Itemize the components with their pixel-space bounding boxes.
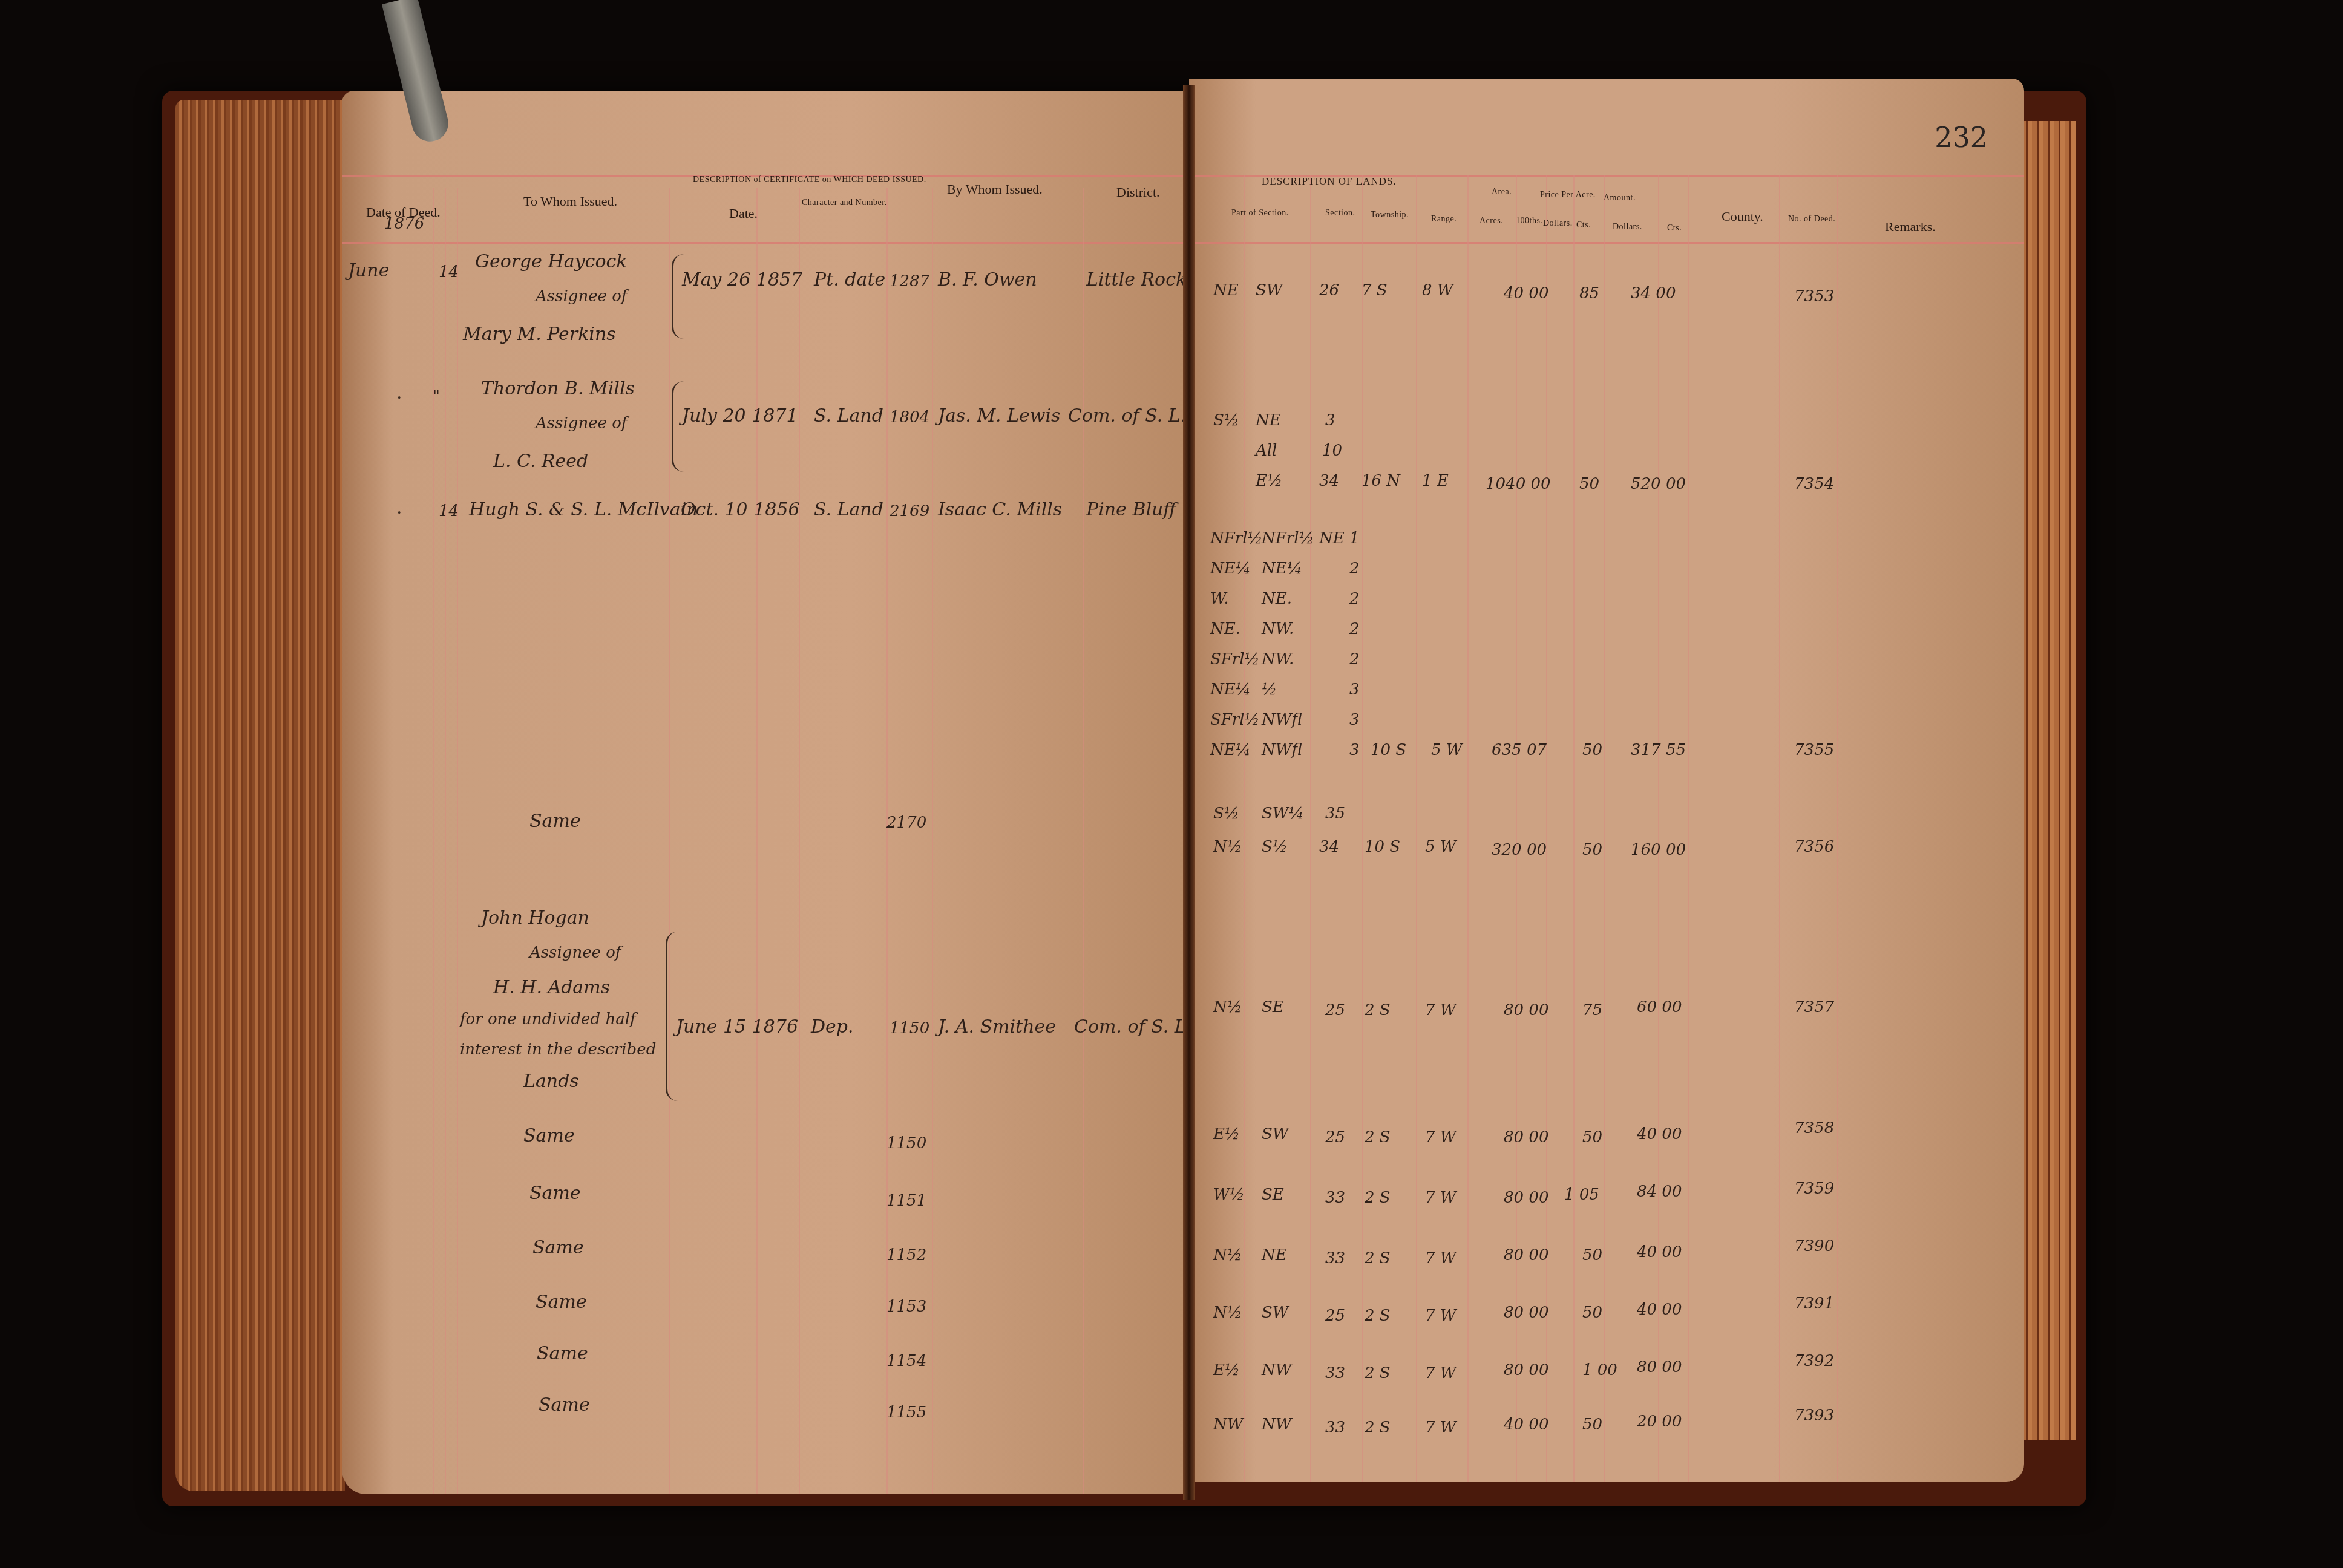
deed-number: 7355 [1794,741,1834,759]
township: 2 S [1365,1419,1391,1437]
range: 7 W [1425,1307,1457,1325]
amount: 160 00 [1631,841,1686,859]
header-township: Township. [1371,211,1409,220]
sub-part: SW [1256,281,1283,299]
entry-name: Same [536,1292,587,1313]
acres: 80 00 [1504,1128,1548,1146]
header-amount-cts: Cts. [1667,224,1682,234]
sub-part: NE¼ [1262,560,1302,578]
col-divider [1604,175,1605,1482]
amount: 40 00 [1637,1125,1682,1143]
amount: 520 00 [1631,475,1686,493]
book-gutter [1183,85,1195,1500]
amount: 34 00 [1631,284,1676,302]
amount: 84 00 [1637,1183,1682,1201]
ditto-mark: · [396,387,402,408]
deed-number: 7357 [1794,998,1834,1016]
col-divider [445,188,446,1494]
township: 10 S [1371,741,1406,759]
part-of-section: NE¼ [1210,560,1251,578]
acres: 40 00 [1504,284,1548,302]
sub-part: NFrl½ NE [1262,529,1345,547]
sub-part: NW. [1262,650,1294,668]
issued-by: J. A. Smithee [938,1016,1056,1037]
sub-part: ½ [1262,681,1277,699]
price: 50 [1579,475,1599,493]
header-hundredths: 100ths. [1516,217,1542,226]
sub-part: NWfl [1262,741,1302,759]
price: 50 [1582,741,1602,759]
sub-part: NE. [1262,590,1292,608]
header-cert-character: Character and Number. [802,198,887,208]
township: 7 S [1362,281,1388,299]
entry-name: John Hogan [481,907,589,929]
price: 50 [1582,1128,1602,1146]
section: 25 [1325,1001,1345,1019]
section: 25 [1325,1128,1345,1146]
acres: 80 00 [1504,1246,1548,1264]
range: 8 W [1422,281,1453,299]
col-divider [1244,175,1245,1482]
cert-number: 1153 [886,1298,926,1316]
entry-name: interest in the described [460,1040,656,1059]
price: 1 05 [1564,1186,1599,1204]
header-district: District. [1116,185,1160,200]
header-certificate-group: DESCRIPTION of CERTIFICATE on WHICH DEED… [693,175,926,185]
township: 2 S [1365,1307,1391,1325]
header-acres: Acres. [1480,217,1503,226]
cert-number: 1154 [886,1352,926,1370]
col-divider [1837,175,1838,1482]
part-of-section: SFrl½ [1210,650,1260,668]
header-by-whom-issued: By Whom Issued. [947,181,1043,197]
entry-name: Assignee of [529,944,621,962]
part-of-section: E½ [1213,1361,1240,1379]
price: 50 [1582,1246,1602,1264]
sub-part: All [1256,442,1277,460]
amount: 40 00 [1637,1243,1682,1261]
cert-number: 1150 [890,1019,929,1037]
acres: 40 00 [1504,1416,1548,1434]
header-amount-group: Amount. [1604,194,1636,203]
sub-part: NE [1256,411,1281,430]
entry-name: for one undivided half [460,1010,636,1028]
col-divider [1688,175,1689,1482]
price: 1 00 [1582,1361,1617,1379]
header-no-of-deed: No. of Deed. [1788,215,1835,224]
cert-number: 2169 [890,502,929,520]
sub-part: NW [1262,1361,1291,1379]
right-page: 232 DESCRIPTION OF LANDS. Part of Sectio… [1189,79,2024,1482]
col-divider [1546,175,1547,1482]
price: 50 [1582,1304,1602,1322]
entry-month: June [348,260,389,281]
entry-name: George Haycock [475,251,627,272]
township: 2 S [1365,1249,1391,1267]
cert-date: Oct. 10 1856 [681,499,800,520]
sub-part: NE [1262,1246,1287,1264]
section: 33 [1325,1364,1345,1382]
col-divider [799,188,800,1494]
cert-number: 1287 [890,272,929,290]
header-price-group: Price Per Acre. [1540,191,1596,200]
range: 5 W [1431,741,1463,759]
issued-by: B. F. Owen [938,269,1037,290]
col-divider [1310,175,1311,1482]
part-of-section: NFrl½ [1210,529,1263,547]
part-of-section: N½ [1213,1246,1242,1264]
range: 7 W [1425,1249,1457,1267]
amount: 80 00 [1637,1358,1682,1376]
cert-date: July 20 1871 [682,405,798,426]
part-of-section: S½ [1213,805,1239,823]
sub-part: E½ [1256,472,1282,490]
header-cert-date: Date. [729,206,758,221]
deed-number: 7391 [1794,1295,1834,1313]
section: 26 [1319,281,1339,299]
acres: 80 00 [1504,1001,1548,1019]
cert-number: 1155 [886,1403,926,1422]
amount: 317 55 [1631,741,1686,759]
range: 5 W [1425,838,1457,856]
entry-name: Assignee of [536,414,627,433]
cert-number: 1150 [886,1134,926,1152]
part-of-section: E½ [1213,1125,1240,1143]
acres: 80 00 [1504,1189,1548,1207]
entry-name: Same [523,1125,575,1146]
page-number: 232 [1935,121,1988,154]
entry-name: Same [532,1237,584,1258]
township: 16 N [1362,472,1400,490]
entry-day: 14 [439,263,459,281]
price: 50 [1582,1416,1602,1434]
col-divider [457,188,458,1494]
deed-number: 7356 [1794,838,1834,856]
issued-by: Isaac C. Mills [938,499,1062,520]
col-divider [1416,175,1417,1482]
header-price-dollars: Dollars. [1543,219,1573,229]
entry-name: Assignee of [536,287,627,305]
page-stack-right [2021,121,2076,1440]
part-of-section: NE¼ [1210,681,1251,699]
entry-name: Same [529,1183,581,1204]
part-of-section: N½ [1213,838,1242,856]
section: 33 [1325,1419,1345,1437]
col-divider [1573,175,1575,1482]
deed-number: 7390 [1794,1237,1834,1255]
entry-name: Same [529,811,581,832]
price: 85 [1579,284,1599,302]
col-divider [1083,188,1084,1494]
col-divider [1658,175,1659,1482]
entry-name: Same [537,1343,588,1364]
brace [672,254,684,339]
ditto-mark: · [396,502,402,523]
cert-character: Pt. date [814,269,885,290]
amount: 60 00 [1637,998,1682,1016]
entry-name: Hugh S. & S. L. McIlvain [469,499,698,520]
entry-name: Mary M. Perkins [463,324,616,345]
district: Little Rock [1086,269,1187,290]
header-part-of-section: Part of Section. [1231,209,1289,218]
col-divider [433,188,434,1494]
part-of-section: NE [1213,281,1239,299]
deed-number: 7393 [1794,1406,1834,1425]
deed-number: 7353 [1794,287,1834,305]
section: 2 [1349,560,1360,578]
sub-part: SE [1262,998,1284,1016]
district: Com. of S. L. [1074,1016,1189,1037]
sub-part: NW [1262,1416,1291,1434]
header-lands-group: DESCRIPTION OF LANDS. [1262,175,1397,188]
cert-number: 1152 [886,1246,926,1264]
entry-day: " [433,387,440,405]
section: 33 [1325,1189,1345,1207]
township: 2 S [1365,1001,1391,1019]
col-divider [756,188,758,1494]
cert-number: 1151 [886,1192,926,1210]
section: 34 [1319,472,1339,490]
col-divider [1516,175,1517,1482]
acres: 80 00 [1504,1304,1548,1322]
col-divider [1362,175,1363,1482]
header-area-group: Area. [1492,188,1512,197]
price: 50 [1582,841,1602,859]
entry-day: 14 [439,502,459,520]
amount: 20 00 [1637,1413,1682,1431]
acres: 320 00 [1492,841,1547,859]
cert-character: S. Land [814,499,883,520]
section: 25 [1325,1307,1345,1325]
range: 7 W [1425,1001,1457,1019]
part-of-section: N½ [1213,1304,1242,1322]
section: 10 [1322,442,1342,460]
part-of-section: NW [1213,1416,1243,1434]
deed-number: 7354 [1794,475,1834,493]
header-remarks: Remarks. [1885,219,1936,235]
sub-part: S½ [1262,838,1288,856]
section: 3 [1349,711,1360,729]
part-of-section: S½ [1213,411,1239,430]
cert-number: 1804 [890,408,929,426]
part-of-section: NE. [1210,620,1240,638]
page-stack-left [175,100,345,1491]
part-of-section: W. [1210,590,1228,608]
section: 2 [1349,620,1360,638]
entry-name: L. C. Reed [493,451,588,472]
section: 33 [1325,1249,1345,1267]
section: 35 [1325,805,1345,823]
part-of-section: SFrl½ [1210,711,1260,729]
part-of-section: W½ [1213,1186,1245,1204]
header-bottom-rule [1189,242,2024,244]
township: 2 S [1365,1364,1391,1382]
range: 7 W [1425,1128,1457,1146]
col-divider [932,188,933,1494]
section: 3 [1325,411,1335,430]
section: 2 [1349,590,1360,608]
cert-character: Dep. [811,1016,854,1037]
acres: 635 07 [1492,741,1547,759]
part-of-section: N½ [1213,998,1242,1016]
acres: 80 00 [1504,1361,1548,1379]
township: 10 S [1365,838,1400,856]
section: 1 [1349,529,1360,547]
col-divider [1779,175,1780,1482]
acres: 1040 00 [1486,475,1551,493]
sub-part: SE [1262,1186,1284,1204]
section: 34 [1319,838,1339,856]
deed-number: 7359 [1794,1180,1834,1198]
deed-number: 7392 [1794,1352,1834,1370]
range: 7 W [1425,1189,1457,1207]
header-price-cts: Cts. [1576,221,1591,230]
range: 7 W [1425,1364,1457,1382]
header-amount-dollars: Dollars. [1613,223,1642,232]
township: 2 S [1365,1128,1391,1146]
cert-number: 2170 [886,814,926,832]
price: 75 [1582,1001,1602,1019]
part-of-section: NE¼ [1210,741,1251,759]
range: 7 W [1425,1419,1457,1437]
sub-part: SW [1262,1304,1289,1322]
entry-name: Lands [523,1071,579,1092]
section: 2 [1349,650,1360,668]
col-divider [1467,175,1469,1482]
entry-name: H. H. Adams [493,977,610,998]
district: Com. of S. L. [1068,405,1186,426]
cert-character: S. Land [814,405,883,426]
amount: 40 00 [1637,1301,1682,1319]
entry-name: Same [539,1394,590,1416]
header-to-whom-issued: To Whom Issued. [523,194,617,209]
deed-number: 7358 [1794,1119,1834,1137]
issued-by: Jas. M. Lewis [938,405,1061,426]
header-section: Section. [1325,209,1355,218]
year-note: 1876 [384,215,424,233]
cert-date: June 15 1876 [676,1016,798,1037]
header-bottom-rule [342,242,1189,244]
sub-part: SW [1262,1125,1289,1143]
township: 2 S [1365,1189,1391,1207]
district: Pine Bluff [1086,499,1176,520]
sub-part: NWfl [1262,711,1302,729]
section: 3 [1349,681,1360,699]
col-divider [669,188,670,1494]
header-county: County. [1722,209,1763,224]
cert-date: May 26 1857 [682,269,802,290]
section: 3 [1349,741,1360,759]
left-page: Date of Deed. To Whom Issued. DESCRIPTIO… [342,91,1189,1494]
range: 1 E [1422,472,1449,490]
sub-part: SW¼ [1262,805,1304,823]
header-range: Range. [1431,215,1457,224]
brace [672,381,684,472]
entry-name: Thordon B. Mills [481,378,635,399]
sub-part: NW. [1262,620,1294,638]
